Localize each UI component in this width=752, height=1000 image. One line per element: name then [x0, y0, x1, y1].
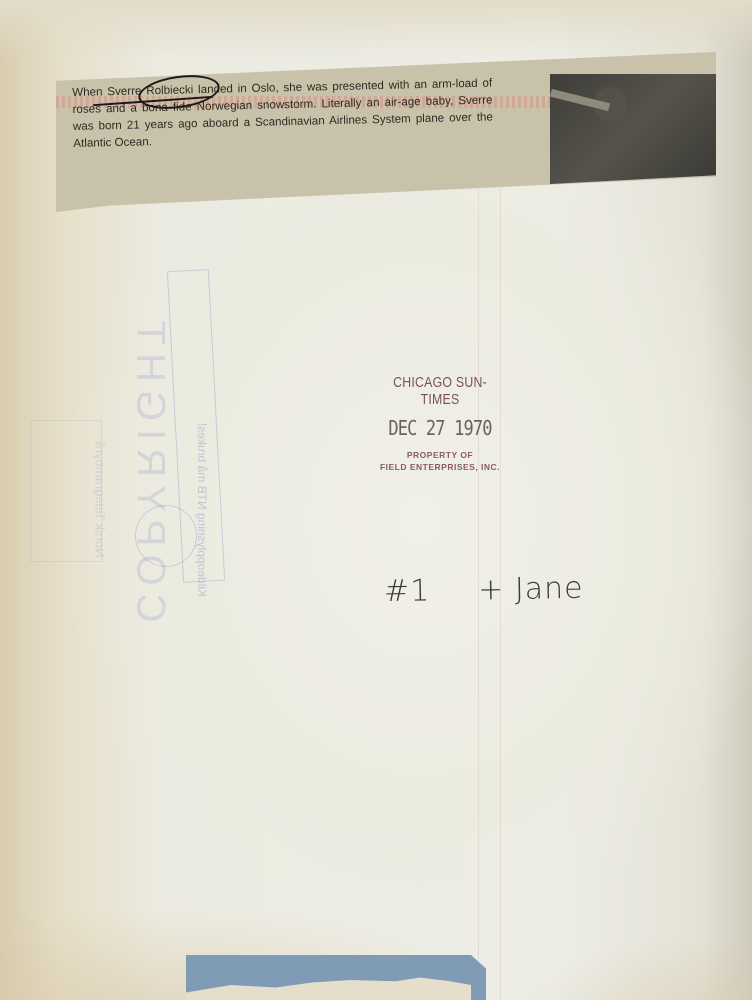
stamp-property-line: PROPERTY OF [360, 450, 520, 460]
handwritten-number: #1 [384, 573, 431, 609]
handwritten-note: #1+ Jane [384, 570, 632, 609]
stamp-date: DEC 27 1970 [372, 416, 508, 440]
faint-stamp-logo [135, 505, 197, 567]
paper-shading [0, 0, 752, 60]
handwritten-extra: + Jane [478, 571, 584, 608]
clipping-photo [550, 74, 716, 184]
faint-stamp-frame [30, 420, 102, 562]
archive-stamp: CHICAGO SUN-TIMES DEC 27 1970 PROPERTY O… [360, 374, 520, 472]
stamp-owner: FIELD ENTERPRISES, INC. [360, 462, 520, 472]
stamp-publication: CHICAGO SUN-TIMES [374, 374, 505, 408]
faint-stamp-agency: Norsk Telegrambyrå [93, 298, 108, 558]
clipping-caption: When Sverre Rolbiecki landed in Oslo, sh… [72, 74, 493, 152]
faint-stamp-notice: Kildeopplysning NTB må brukes! [195, 277, 209, 597]
